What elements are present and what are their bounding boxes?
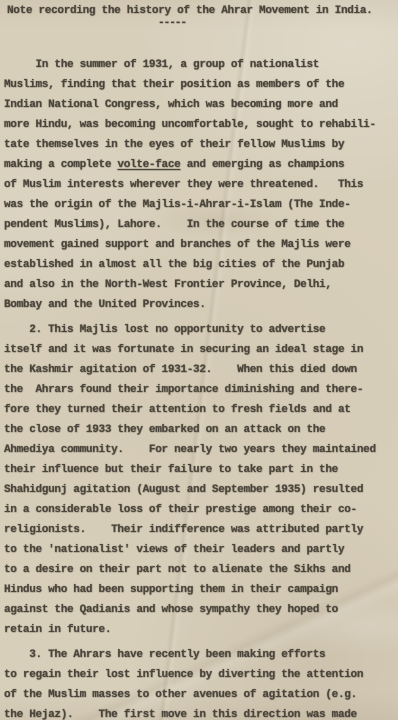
text-line: more Hindu, was becoming uncomfortable, … — [4, 115, 398, 135]
text-line: movement gained support and branches of … — [4, 235, 398, 255]
text-line: in a considerable loss of their prestige… — [4, 500, 398, 520]
document-title: Note recording the history of the Ahrar … — [7, 4, 372, 19]
text-segment: making a complete — [4, 159, 117, 171]
text-line: tate themselves in the eyes of their fel… — [4, 135, 398, 155]
text-line: to the 'nationalist' views of their lead… — [4, 540, 398, 560]
paragraph: 3. The Ahrars have recently been making … — [4, 645, 398, 720]
text-line: 2. This Majlis lost no opportunity to ad… — [4, 320, 398, 340]
text-line: Muslims, finding that their position as … — [4, 75, 398, 95]
text-line: Ahmediya community. For nearly two years… — [4, 440, 398, 460]
text-line: itself and it was fortunate in securing … — [4, 340, 398, 360]
document-page: Note recording the history of the Ahrar … — [0, 0, 398, 720]
text-line: making a complete volte-face and emergin… — [4, 155, 398, 175]
underlined-term: volte-face — [117, 159, 180, 171]
text-line: religionists. Their indifference was att… — [4, 520, 398, 540]
text-segment: and emerging as champions — [180, 159, 344, 171]
text-line: the Kashmir agitation of 1931-32. When t… — [4, 360, 398, 380]
text-line: to a desire on their part not to alienat… — [4, 560, 398, 580]
title-underline: ----- — [158, 16, 186, 31]
document-body: In the summer of 1931, a group of nation… — [4, 55, 398, 720]
text-line: Shahidgunj agitation (August and Septemb… — [4, 480, 398, 500]
text-line: to regain their lost influence by divert… — [4, 665, 398, 685]
text-line: their influence but their failure to tak… — [4, 460, 398, 480]
text-line: and also in the North-West Frontier Prov… — [4, 275, 398, 295]
text-line: against the Qadianis and whose sympathy … — [4, 600, 398, 620]
text-line: established in almost all the big cities… — [4, 255, 398, 275]
text-line: Hindus who had been supporting them in t… — [4, 580, 398, 600]
text-line: In the summer of 1931, a group of nation… — [4, 55, 398, 75]
text-line: retain in future. — [4, 620, 398, 640]
text-line: fore they turned their attention to fres… — [4, 400, 398, 420]
text-line: pendent Muslims), Lahore. In the course … — [4, 215, 398, 235]
text-line: was the origin of the Majlis-i-Ahrar-i-I… — [4, 195, 398, 215]
text-line: Bombay and the United Provinces. — [4, 295, 398, 315]
text-line: of Muslim interests wherever they were t… — [4, 175, 398, 195]
text-line: 3. The Ahrars have recently been making … — [4, 645, 398, 665]
text-line: Indian National Congress, which was beco… — [4, 95, 398, 115]
text-line: the close of 1933 they embarked on an at… — [4, 420, 398, 440]
paragraph: In the summer of 1931, a group of nation… — [4, 55, 398, 315]
text-line: of the Muslim masses to other avenues of… — [4, 685, 398, 705]
text-line: the Ahrars found their importance dimini… — [4, 380, 398, 400]
text-line: the Hejaz). The first move in this direc… — [4, 705, 398, 720]
paragraph: 2. This Majlis lost no opportunity to ad… — [4, 320, 398, 640]
